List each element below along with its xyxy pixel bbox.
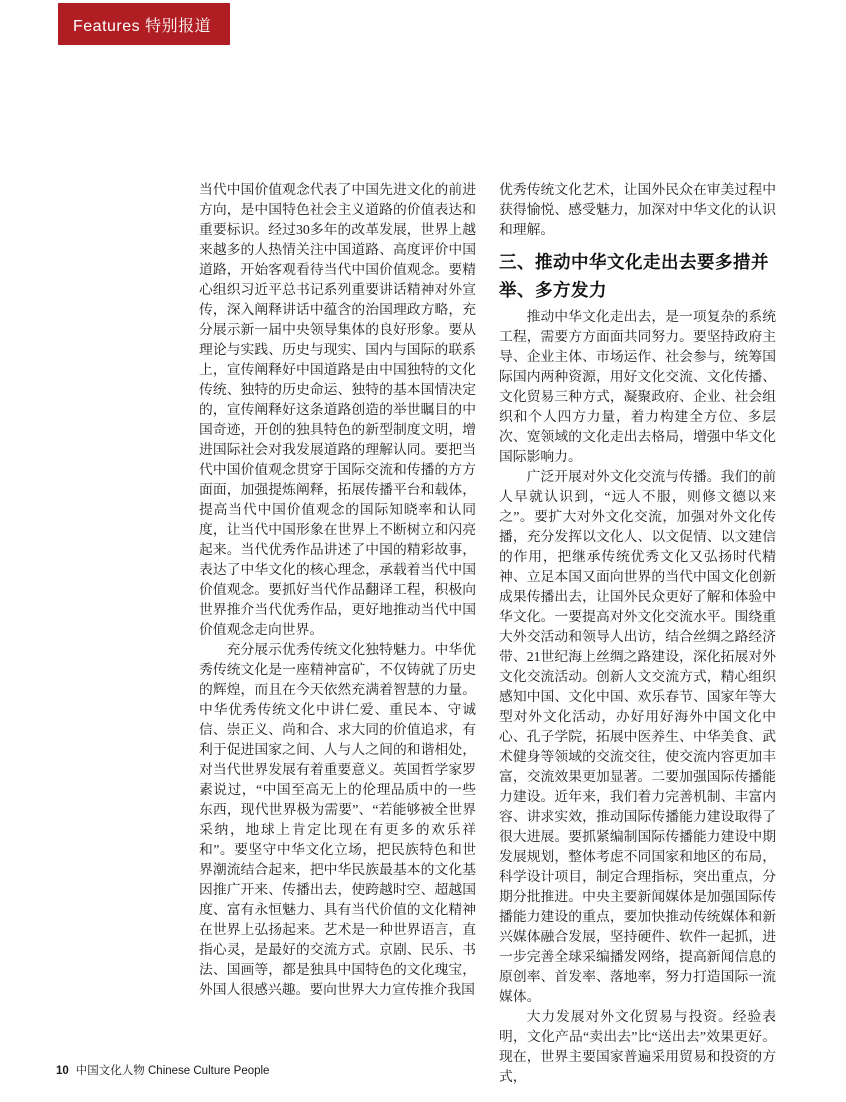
section-heading: 三、推动中华文化走出去要多措并举、多方发力 (499, 248, 776, 304)
page-footer: 10中国文化人物 Chinese Culture People (56, 1062, 269, 1078)
page-number: 10 (56, 1065, 69, 1077)
column-right: 优秀传统文化艺术，让国外民众在审美过程中获得愉悦、感受魅力，加深对中华文化的认识… (499, 180, 776, 1087)
paragraph: 推动中华文化走出去，是一项复杂的系统工程，需要方方面面共同努力。要坚持政府主导、… (499, 307, 776, 467)
paragraph: 优秀传统文化艺术，让国外民众在审美过程中获得愉悦、感受魅力，加深对中华文化的认识… (499, 180, 776, 240)
column-left: 当代中国价值观念代表了中国先进文化的前进方向，是中国特色社会主义道路的价值表达和… (199, 180, 476, 1087)
paragraph: 广泛开展对外文化交流与传播。我们的前人早就认识到，“远人不服，则修文德以来之”。… (499, 467, 776, 1007)
section-badge: Features 特别报道 (58, 3, 230, 45)
article-body: 当代中国价值观念代表了中国先进文化的前进方向，是中国特色社会主义道路的价值表达和… (199, 180, 777, 1087)
magazine-page: Features 特别报道 当代中国价值观念代表了中国先进文化的前进方向，是中国… (0, 0, 846, 1102)
section-badge-label: Features 特别报道 (73, 13, 211, 36)
paragraph: 大力发展对外文化贸易与投资。经验表明，文化产品“卖出去”比“送出去”效果更好。现… (499, 1007, 776, 1087)
journal-title: 中国文化人物 Chinese Culture People (76, 1065, 270, 1077)
paragraph: 当代中国价值观念代表了中国先进文化的前进方向，是中国特色社会主义道路的价值表达和… (199, 180, 476, 640)
paragraph: 充分展示优秀传统文化独特魅力。中华优秀传统文化是一座精神富矿，不仅铸就了历史的辉… (199, 640, 476, 1000)
